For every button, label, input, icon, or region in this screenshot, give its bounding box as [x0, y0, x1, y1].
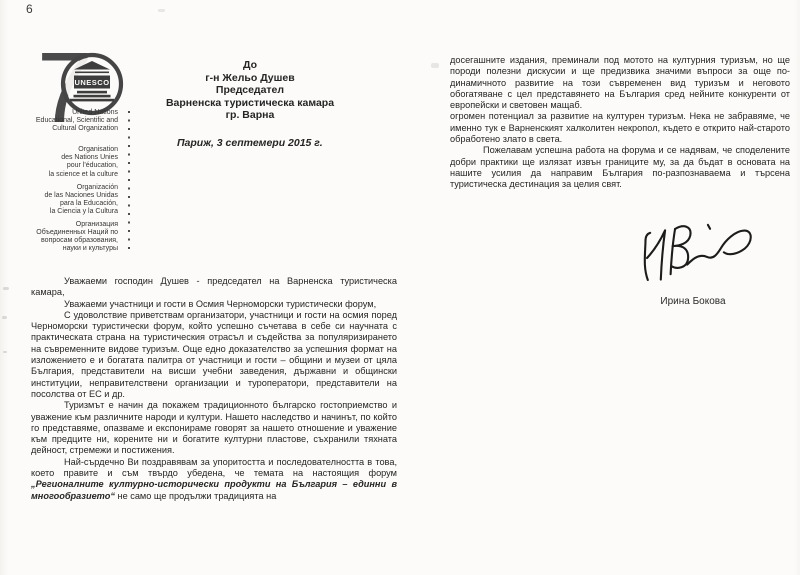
paragraph-text: не само ще продължи традицията на [115, 491, 276, 501]
org-name-es: Organización de las Naciones Unidas para… [4, 184, 118, 216]
org-name-line: Cultural Organization [4, 125, 118, 133]
scan-artifact [3, 287, 9, 290]
signature-image [637, 218, 771, 295]
recipient-name: г-н Жельо Душев [140, 72, 360, 85]
recipient-city: гр. Варна [140, 109, 360, 122]
org-name-line: вопросам образования, [4, 237, 118, 245]
org-name-line: Organización [4, 184, 118, 192]
org-name-line: Educational, Scientific and [4, 117, 118, 125]
signatory-name: Ирина Бокова [633, 296, 753, 307]
recipient-title: Председател [140, 84, 360, 97]
scan-artifact [158, 9, 165, 12]
recipient-to: До [140, 59, 360, 72]
recipient-organization: Варненска туристическа камара [140, 97, 360, 110]
greeting-paragraph: Уважаеми участници и гости в Осмия Черно… [31, 299, 397, 310]
left-column: Уважаеми господин Душев - председател на… [31, 276, 397, 502]
body-paragraph: огромен потенциал за развитие на културе… [450, 111, 790, 145]
org-name-line: Organisation [4, 146, 118, 154]
scan-artifact [2, 316, 7, 319]
org-name-line: la Ciencia y la Cultura [4, 208, 118, 216]
signature-stroke [644, 223, 753, 280]
body-paragraph: С удоволствие приветствам организатори, … [31, 310, 397, 400]
body-paragraph: Най-сърдечно Ви поздравявам за упоритост… [31, 457, 397, 502]
org-name-ru: Организация Объединенных Наций по вопрос… [4, 221, 118, 253]
paragraph-text: Най-сърдечно Ви поздравявам за упоритост… [31, 457, 397, 478]
unesco-emblem-letters: UNESCO [74, 78, 109, 87]
org-name-line: des Nations Unies [4, 154, 118, 162]
org-names-block: United Nations Educational, Scientific a… [4, 109, 118, 253]
org-name-line: la science et la culture [4, 171, 118, 179]
right-column: досегашните издания, преминали под мотот… [450, 55, 790, 191]
greeting-paragraph: Уважаеми господин Душев - председател на… [31, 276, 397, 299]
recipient-block: До г-н Жельо Душев Председател Варненска… [140, 59, 360, 122]
body-paragraph: Пожелавам успешна работа на форума и се … [450, 145, 790, 190]
org-name-line: para la Educación, [4, 200, 118, 208]
org-name-line: Объединенных Наций по [4, 229, 118, 237]
org-name-line: de las Naciones Unidas [4, 192, 118, 200]
dateline: Париж, 3 септемери 2015 г. [177, 137, 323, 149]
org-name-line: United Nations [4, 109, 118, 117]
org-name-en: United Nations Educational, Scientific a… [4, 109, 118, 133]
scan-artifact [431, 63, 439, 68]
org-name-line: науки и культуры [4, 245, 118, 253]
page-number: 6 [26, 2, 33, 16]
body-paragraph: Туризмът е начин да покажем традиционнот… [31, 400, 397, 456]
org-name-line: Организация [4, 221, 118, 229]
org-name-line: pour l'éducation, [4, 162, 118, 170]
scanned-letter-page: 6 7 UNESCO United Nations Educational, S… [0, 0, 800, 575]
scan-artifact [3, 351, 7, 353]
body-paragraph: досегашните издания, преминали под мотот… [450, 55, 790, 111]
org-name-fr: Organisation des Nations Unies pour l'éd… [4, 146, 118, 178]
dotted-separator [128, 111, 130, 253]
